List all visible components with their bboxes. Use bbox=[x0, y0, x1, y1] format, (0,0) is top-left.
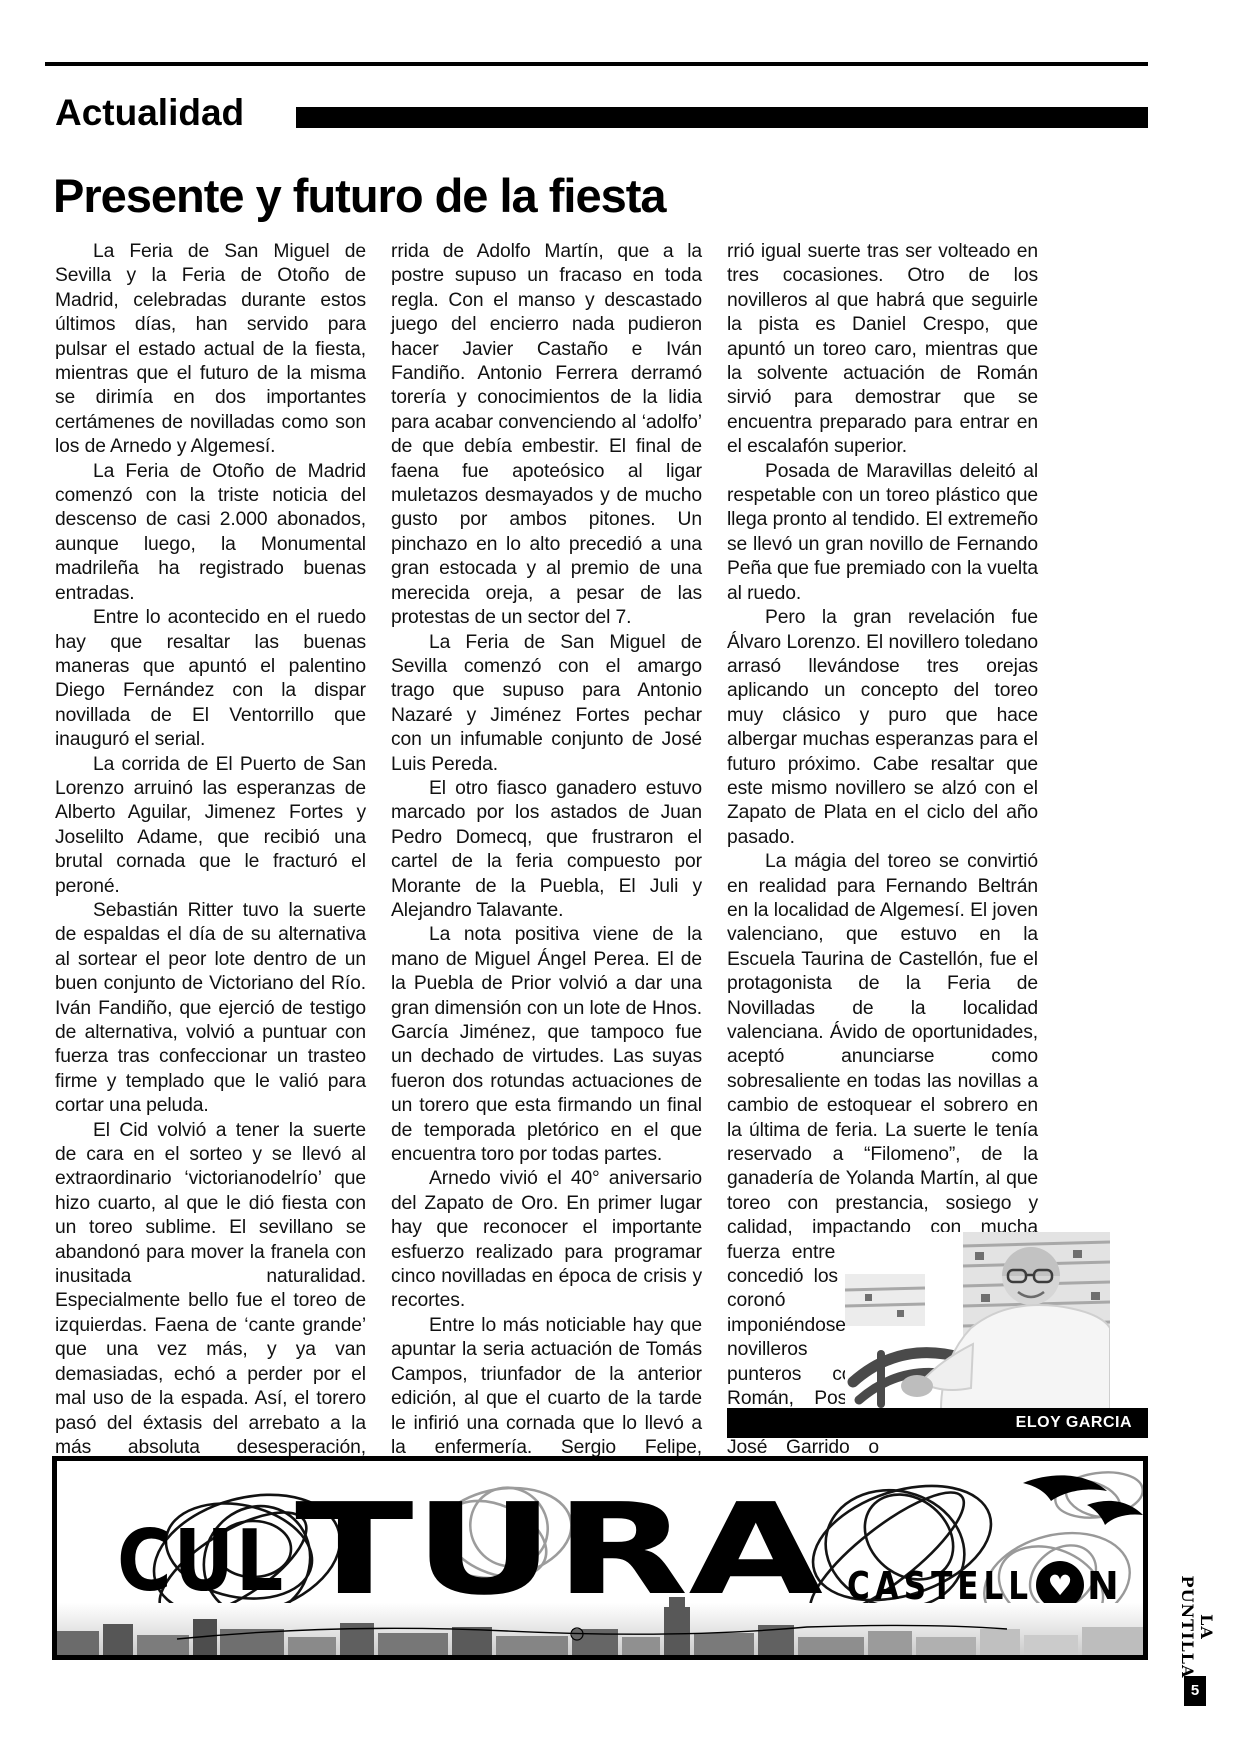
article-paragraph: Entre lo acontecido en el ruedo hay que … bbox=[55, 606, 366, 752]
article-paragraph: Posada de Maravillas deleitó al respetab… bbox=[727, 460, 1038, 606]
top-rule bbox=[45, 62, 1148, 66]
magazine-page: Actualidad Presente y futuro de la fiest… bbox=[0, 0, 1240, 1754]
article-column-1: La Feria de San Miguel de Sevilla y la F… bbox=[55, 240, 366, 1558]
article-paragraph: La Feria de Otoño de Madrid comenzó con … bbox=[55, 460, 366, 606]
city-skyline bbox=[57, 1597, 1143, 1655]
article-paragraph: Arnedo vivió el 40° aniversario del Zapa… bbox=[391, 1167, 702, 1313]
article-paragraph: La Feria de San Miguel de Sevilla y la F… bbox=[55, 240, 366, 460]
section-title: Actualidad bbox=[55, 92, 244, 134]
cultura-banner: CUL TURA CASTELL ♥ N AYUNTAMIENTO Pasión… bbox=[52, 1456, 1148, 1660]
page-number-badge: 5 bbox=[1184, 1676, 1206, 1706]
section-title-bar bbox=[296, 107, 1148, 128]
article-paragraph: La corrida de El Puerto de San Lorenzo a… bbox=[55, 753, 366, 899]
article-paragraph: rrió igual suerte tras ser volteado en t… bbox=[727, 240, 1038, 460]
article-column-2: rrida de Adolfo Martín, que a la postre … bbox=[391, 240, 702, 1558]
castellon-text-n: N bbox=[1087, 1564, 1119, 1608]
photo-caption: ELOY GARCIA bbox=[1016, 1414, 1132, 1431]
article-paragraph: El otro fiasco ganadero estuvo marcado p… bbox=[391, 777, 702, 923]
photo-caption-bar: ELOY GARCIA bbox=[727, 1408, 1148, 1438]
article-paragraph: Pero la gran revelación fue Álvaro Loren… bbox=[727, 606, 1038, 850]
banner-title-cul: CUL bbox=[117, 1512, 285, 1611]
article-paragraph: La nota positiva viene de la mano de Mig… bbox=[391, 923, 702, 1167]
novillero-photo bbox=[845, 1232, 1110, 1410]
article-paragraph: rrida de Adolfo Martín, que a la postre … bbox=[391, 240, 702, 631]
article-paragraph: Sebastián Ritter tuvo la suerte de espal… bbox=[55, 899, 366, 1119]
article-paragraph: La Feria de San Miguel de Sevilla comenz… bbox=[391, 631, 702, 777]
article-headline: Presente y futuro de la fiesta bbox=[53, 172, 666, 219]
heart-icon: ♥ bbox=[1047, 1569, 1072, 1602]
banner-title: CUL TURA bbox=[117, 1476, 823, 1623]
banner-title-tura: TURA bbox=[295, 1476, 823, 1623]
castellon-text: CASTELL bbox=[847, 1564, 1033, 1608]
magazine-name-vertical: LA PUNTILLA bbox=[1178, 1571, 1216, 1683]
